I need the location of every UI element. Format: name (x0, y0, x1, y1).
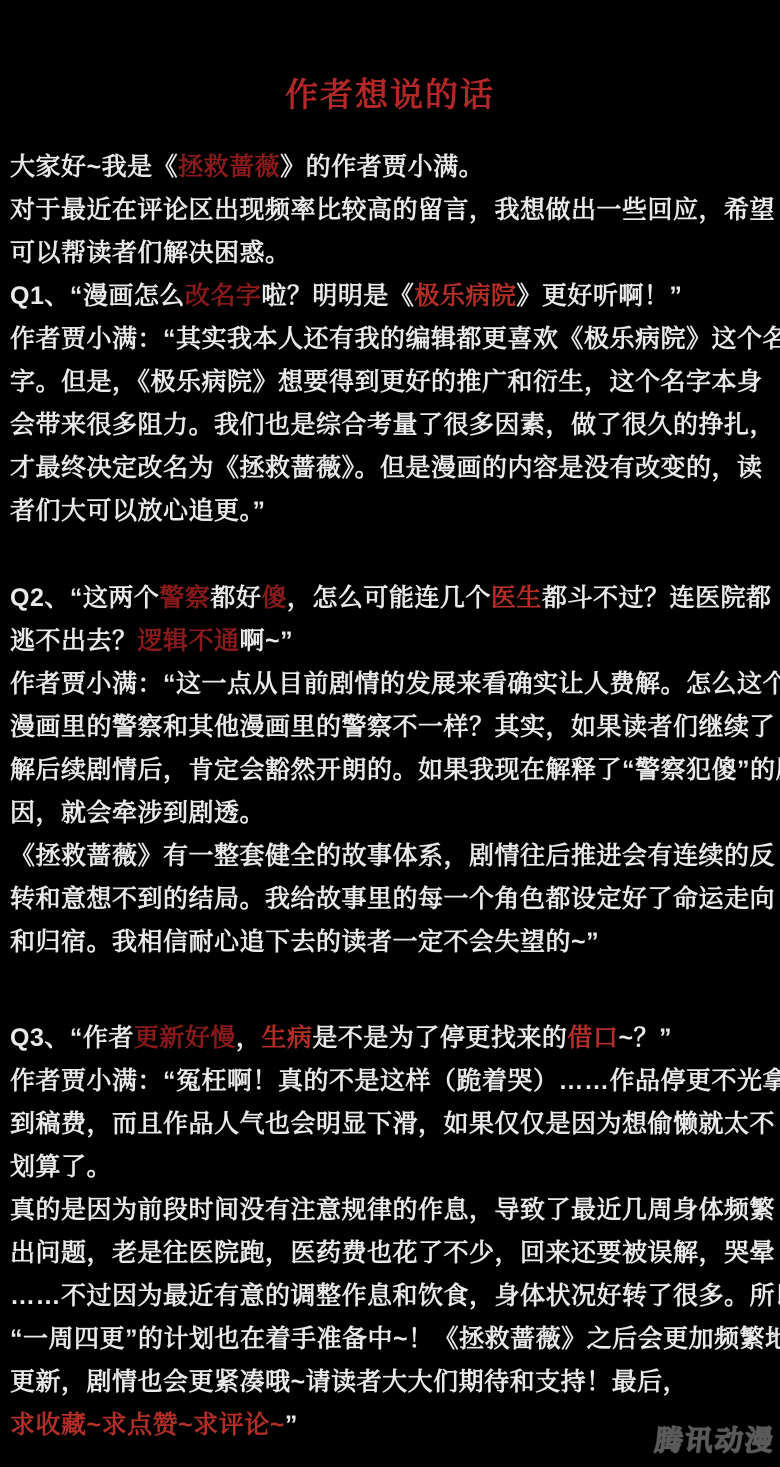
text-segment: 逃不出去？ (10, 627, 138, 655)
text-line: 作者贾小满：“这一点从目前剧情的发展来看确实让人费解。怎么这个 (10, 663, 770, 706)
text-segment: 生病 (261, 1024, 312, 1052)
text-segment: 更新，剧情也会更紧凑哦~请读者大大们期待和支持！最后， (10, 1368, 688, 1396)
block-q1: Q1、“漫画怎么改名字啦？明明是《极乐病院》更好听啊！”作者贾小满：“其实我本人… (10, 275, 770, 533)
text-segment: Q3、“作者 (10, 1024, 134, 1052)
text-segment: 警察 (159, 584, 210, 612)
text-segment: ， (236, 1024, 262, 1052)
text-line: Q3、“作者更新好慢，生病是不是为了停更找来的借口~？” (10, 1017, 770, 1060)
text-segment: 极乐病院 (414, 282, 516, 310)
text-segment: 到稿费，而且作品人气也会明显下滑，如果仅仅是因为想偷懒就太不 (10, 1110, 775, 1138)
text-segment: 《拯救蔷薇》有一整套健全的故事体系，剧情往后推进会有连续的反 (10, 842, 775, 870)
text-line: 大家好~我是《拯救蔷薇》的作者贾小满。 (10, 146, 770, 189)
text-line: 《拯救蔷薇》有一整套健全的故事体系，剧情往后推进会有连续的反 (10, 835, 770, 878)
text-segment: 作者贾小满：“冤枉啊！真的不是这样（跪着哭）……作品停更不光拿不 (10, 1067, 780, 1095)
text-segment: 者们大可以放心追更。” (10, 497, 266, 525)
text-segment: 医生 (491, 584, 542, 612)
text-line: 到稿费，而且作品人气也会明显下滑，如果仅仅是因为想偷懒就太不 (10, 1103, 770, 1146)
text-line: 者们大可以放心追更。” (10, 490, 770, 533)
text-line: Q1、“漫画怎么改名字啦？明明是《极乐病院》更好听啊！” (10, 275, 770, 318)
text-segment: ~？” (618, 1024, 672, 1052)
text-segment: 》更好听啊！” (516, 282, 682, 310)
text-segment: Q2、“这两个 (10, 584, 159, 612)
text-line: 才最终决定改名为《拯救蔷薇》。但是漫画的内容是没有改变的，读 (10, 447, 770, 490)
text-segment: 傻 (261, 584, 287, 612)
text-line: ……不过因为最近有意的调整作息和饮食，身体状况好转了很多。所以 (10, 1275, 770, 1318)
text-segment: 转和意想不到的结局。我给故事里的每一个角色都设定好了命运走向 (10, 885, 775, 913)
text-segment: 大家好~我是《 (10, 153, 178, 181)
text-segment: 啊~” (240, 627, 294, 655)
text-segment: 划算了。 (10, 1153, 112, 1181)
text-segment: 因，就会牵涉到剧透。 (10, 799, 265, 827)
text-segment: 漫画里的警察和其他漫画里的警察不一样？其实，如果读者们继续了 (10, 713, 775, 741)
tencent-comics-watermark: 腾讯动漫 (653, 1419, 777, 1459)
text-line: 会带来很多阻力。我们也是综合考量了很多因素，做了很久的挣扎， (10, 404, 770, 447)
text-segment: ” (285, 1411, 298, 1439)
text-line: 解后续剧情后，肯定会豁然开朗的。如果我现在解释了“警察犯傻”的原 (10, 749, 770, 792)
block-intro: 大家好~我是《拯救蔷薇》的作者贾小满。对于最近在评论区出现频率比较高的留言，我想… (10, 146, 770, 275)
page-title: 作者想说的话 (10, 76, 770, 114)
text-line: 作者贾小满：“其实我本人还有我的编辑都更喜欢《极乐病院》这个名 (10, 318, 770, 361)
text-segment: 拯救蔷薇 (178, 153, 280, 181)
text-segment: 啦？明明是《 (261, 282, 414, 310)
text-segment: 借口 (567, 1024, 618, 1052)
text-segment: 解后续剧情后，肯定会豁然开朗的。如果我现在解释了“警察犯傻”的原 (10, 756, 780, 784)
text-segment: 和归宿。我相信耐心追下去的读者一定不会失望的~” (10, 928, 599, 956)
text-segment: 》的作者贾小满。 (280, 153, 484, 181)
text-segment: 出问题，老是往医院跑，医药费也花了不少，回来还要被误解，哭晕 (10, 1239, 775, 1267)
text-line: 可以帮读者们解决困惑。 (10, 232, 770, 275)
text-line: 字。但是，《极乐病院》想要得到更好的推广和衍生，这个名字本身 (10, 361, 770, 404)
text-line: Q2、“这两个警察都好傻，怎么可能连几个医生都斗不过？连医院都 (10, 577, 770, 620)
text-line: 因，就会牵涉到剧透。 (10, 792, 770, 835)
text-line: “一周四更”的计划也在着手准备中~！《拯救蔷薇》之后会更加频繁地 (10, 1318, 770, 1361)
text-line: 逃不出去？逻辑不通啊~” (10, 620, 770, 663)
text-segment: 会带来很多阻力。我们也是综合考量了很多因素，做了很久的挣扎， (10, 411, 775, 439)
author-note-page: 作者想说的话 大家好~我是《拯救蔷薇》的作者贾小满。对于最近在评论区出现频率比较… (0, 0, 780, 1467)
block-q3: Q3、“作者更新好慢，生病是不是为了停更找来的借口~？”作者贾小满：“冤枉啊！真… (10, 1017, 770, 1447)
text-segment: 更新好慢 (134, 1024, 236, 1052)
text-segment: 改名字 (185, 282, 262, 310)
text-line: 更新，剧情也会更紧凑哦~请读者大大们期待和支持！最后， (10, 1361, 770, 1404)
text-segment: 是不是为了停更找来的 (312, 1024, 567, 1052)
text-segment: 作者贾小满：“其实我本人还有我的编辑都更喜欢《极乐病院》这个名 (10, 325, 780, 353)
text-segment: 字。但是，《极乐病院》想要得到更好的推广和衍生，这个名字本身 (10, 368, 763, 396)
text-line: 作者贾小满：“冤枉啊！真的不是这样（跪着哭）……作品停更不光拿不 (10, 1060, 770, 1103)
text-line: 漫画里的警察和其他漫画里的警察不一样？其实，如果读者们继续了 (10, 706, 770, 749)
text-segment: 对于最近在评论区出现频率比较高的留言，我想做出一些回应，希望 (10, 196, 775, 224)
text-segment: 才最终决定改名为《拯救蔷薇》。但是漫画的内容是没有改变的，读 (10, 454, 763, 482)
text-line: 划算了。 (10, 1146, 770, 1189)
text-segment: ，怎么可能连几个 (287, 584, 491, 612)
text-segment: 求收藏~求点赞~求评论~ (10, 1411, 285, 1439)
text-line: 转和意想不到的结局。我给故事里的每一个角色都设定好了命运走向 (10, 878, 770, 921)
text-segment: 逻辑不通 (138, 627, 240, 655)
text-line: 真的是因为前段时间没有注意规律的作息，导致了最近几周身体频繁 (10, 1189, 770, 1232)
text-line: 和归宿。我相信耐心追下去的读者一定不会失望的~” (10, 921, 770, 964)
note-content: 大家好~我是《拯救蔷薇》的作者贾小满。对于最近在评论区出现频率比较高的留言，我想… (10, 146, 770, 1447)
block-q2: Q2、“这两个警察都好傻，怎么可能连几个医生都斗不过？连医院都逃不出去？逻辑不通… (10, 577, 770, 964)
text-segment: 作者贾小满：“这一点从目前剧情的发展来看确实让人费解。怎么这个 (10, 670, 780, 698)
text-segment: Q1、“漫画怎么 (10, 282, 185, 310)
text-line: 出问题，老是往医院跑，医药费也花了不少，回来还要被误解，哭晕 (10, 1232, 770, 1275)
text-segment: 都斗不过？连医院都 (542, 584, 772, 612)
text-line: 对于最近在评论区出现频率比较高的留言，我想做出一些回应，希望 (10, 189, 770, 232)
text-segment: 真的是因为前段时间没有注意规律的作息，导致了最近几周身体频繁 (10, 1196, 775, 1224)
text-segment: 都好 (210, 584, 261, 612)
text-segment: ……不过因为最近有意的调整作息和饮食，身体状况好转了很多。所以 (10, 1282, 780, 1310)
text-segment: 可以帮读者们解决困惑。 (10, 239, 291, 267)
text-segment: “一周四更”的计划也在着手准备中~！《拯救蔷薇》之后会更加频繁地 (10, 1325, 780, 1353)
